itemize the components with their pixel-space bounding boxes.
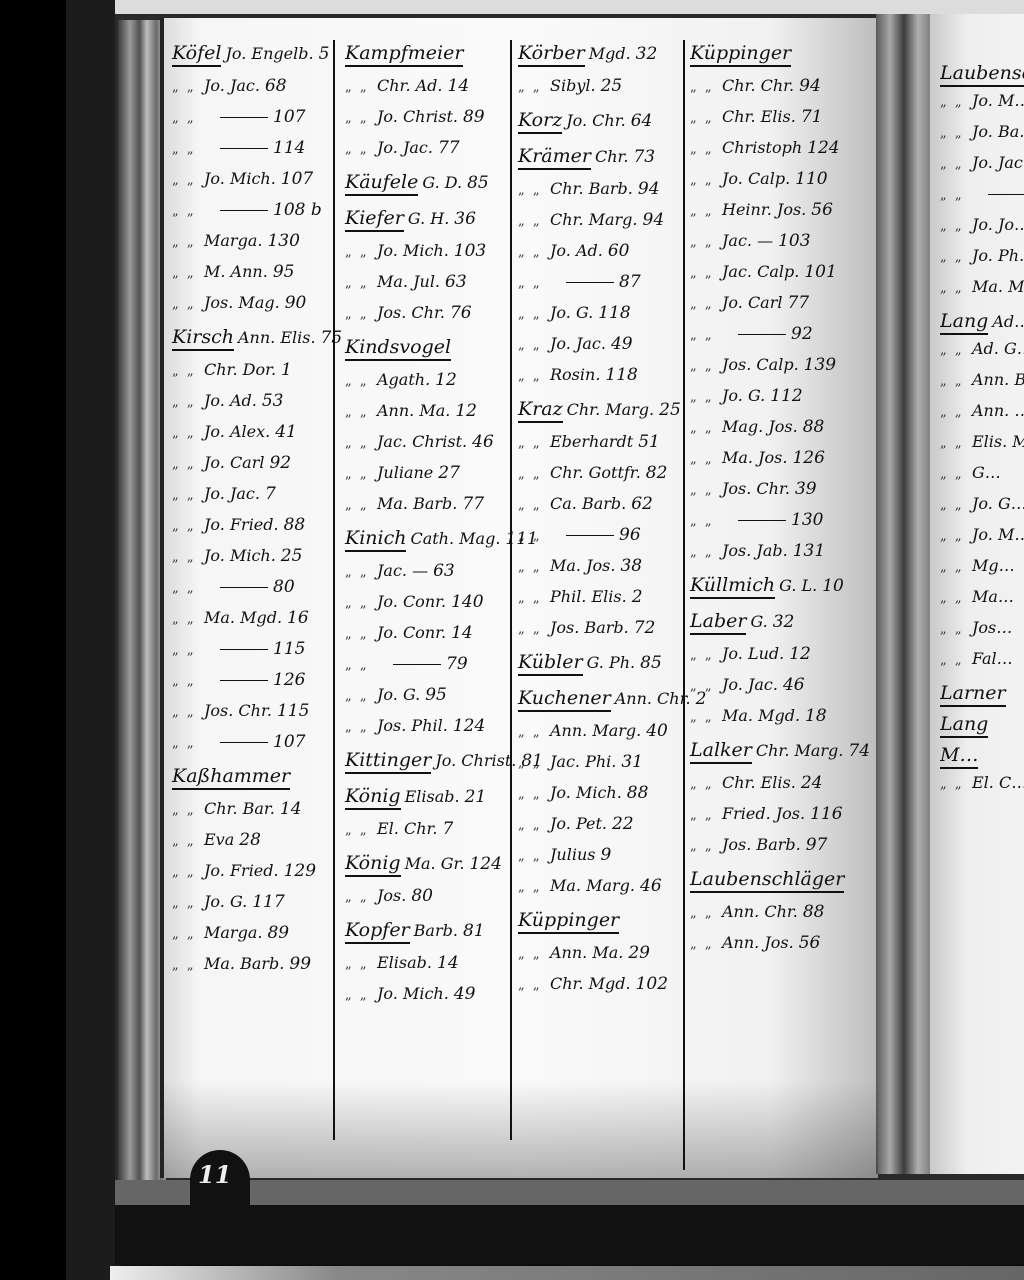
given-name: Ma. M… bbox=[972, 277, 1024, 296]
register-entry: „ „Jo. Ph… bbox=[940, 246, 1024, 277]
repeat-dash bbox=[988, 194, 1024, 195]
given-name: Jos. Barb. bbox=[550, 618, 629, 637]
ditto-mark: „ „ bbox=[940, 95, 968, 110]
page-reference: 130 bbox=[267, 231, 299, 251]
page-reference: 114 bbox=[273, 138, 305, 158]
ditto-mark: „ „ bbox=[172, 803, 200, 818]
surname-heading: Kittinger bbox=[345, 749, 431, 774]
register-entry: „ „Jo. Mich.88 bbox=[518, 783, 706, 814]
given-name: Eberhardt bbox=[550, 432, 633, 451]
register-entry: „ „M. Ann.95 bbox=[172, 262, 342, 293]
repeat-dash bbox=[220, 148, 268, 149]
page-reference: 27 bbox=[438, 463, 460, 483]
register-entry: „ „Jos. Chr.39 bbox=[690, 479, 870, 510]
given-name: Chr. Mgd. bbox=[550, 974, 631, 993]
surname-heading: Kampfmeier bbox=[345, 42, 463, 67]
given-name: Jos. bbox=[377, 886, 406, 905]
page-reference: 77 bbox=[787, 293, 809, 313]
given-name: Jo. Fried. bbox=[204, 515, 279, 534]
given-name: Chr. Marg. bbox=[550, 210, 638, 229]
given-name: Chr. Marg. bbox=[567, 400, 655, 419]
given-name: Jo. Ba… bbox=[972, 122, 1024, 141]
book-gutter bbox=[876, 14, 932, 1174]
page-reference: 88 bbox=[803, 902, 825, 922]
ditto-mark: „ „ bbox=[345, 80, 373, 95]
surname-entry: KinichCath. Mag.111 bbox=[345, 525, 543, 561]
register-entry: „ „Chr. Mgd.102 bbox=[518, 974, 706, 1005]
page-reference: 95 bbox=[425, 685, 447, 705]
ditto-mark: „ „ bbox=[690, 906, 718, 921]
page-reference: 107 bbox=[273, 732, 305, 752]
register-entry: „ „Jac. Christ.46 bbox=[345, 432, 543, 463]
given-name: Ma. Marg. bbox=[550, 876, 635, 895]
scan-shadow-band bbox=[66, 0, 120, 1280]
register-entry: „ „Fried. Jos.116 bbox=[690, 804, 870, 835]
register-entry: „ „130 bbox=[690, 510, 870, 541]
ditto-mark: „ „ bbox=[690, 142, 718, 157]
given-name: Jos. Barb. bbox=[722, 835, 801, 854]
ditto-mark: „ „ bbox=[345, 627, 373, 642]
ditto-mark: „ „ bbox=[518, 245, 546, 260]
ditto-mark: „ „ bbox=[690, 710, 718, 725]
ditto-mark: „ „ bbox=[940, 560, 968, 575]
page-reference: 60 bbox=[608, 241, 630, 261]
given-name: Marga. bbox=[204, 923, 262, 942]
ditto-mark: „ „ bbox=[172, 266, 200, 281]
register-entry: „ „Marga.89 bbox=[172, 923, 342, 954]
given-name: G… bbox=[972, 463, 1001, 482]
surname-entry: Kampfmeier bbox=[345, 40, 543, 76]
register-entry: „ „Jo. M… bbox=[940, 91, 1024, 122]
surname-entry: LaberG.32 bbox=[690, 608, 870, 644]
ditto-mark: „ „ bbox=[940, 777, 968, 792]
ditto-mark: „ „ bbox=[345, 957, 373, 972]
surname-entry: LangAd… bbox=[940, 308, 1024, 339]
register-entry: „ „Elis. M… bbox=[940, 432, 1024, 463]
given-name: Jo. Mich. bbox=[377, 241, 449, 260]
ditto-mark: „ „ bbox=[172, 581, 200, 596]
register-entry: „ „Ann. Marg.40 bbox=[518, 721, 706, 752]
page-reference: 103 bbox=[778, 231, 810, 251]
register-entry: „ „79 bbox=[345, 654, 543, 685]
given-name: G. Ph. bbox=[587, 653, 636, 672]
register-entry: „ „Ann. Jos.56 bbox=[690, 933, 870, 964]
register-entry: „ „Jos. Chr.76 bbox=[345, 303, 543, 334]
surname-entry: KopferBarb.81 bbox=[345, 917, 543, 953]
surname-entry: KrazChr. Marg.25 bbox=[518, 396, 706, 432]
ditto-mark: „ „ bbox=[345, 142, 373, 157]
register-entry: „ „Jos. Chr.115 bbox=[172, 701, 342, 732]
given-name: Jo. Pet. bbox=[550, 814, 607, 833]
ditto-mark: „ „ bbox=[172, 736, 200, 751]
repeat-dash bbox=[738, 334, 786, 335]
folio-number: 11 bbox=[198, 1160, 231, 1189]
given-name: Heinr. Jos. bbox=[722, 200, 806, 219]
given-name: Ma. Jos. bbox=[550, 556, 615, 575]
surname-heading: Kuchener bbox=[518, 687, 611, 712]
surname-entry: KüblerG. Ph.85 bbox=[518, 649, 706, 685]
register-entry: „ „Eva28 bbox=[172, 830, 342, 861]
given-name: Ad. G… bbox=[972, 339, 1024, 358]
ditto-mark: „ „ bbox=[345, 276, 373, 291]
ditto-mark: „ „ bbox=[172, 142, 200, 157]
page-reference: 85 bbox=[467, 173, 489, 193]
page-reference: 124 bbox=[453, 716, 485, 736]
page-reference: 36 bbox=[454, 209, 476, 229]
surname-entry: KönigMa. Gr.124 bbox=[345, 850, 543, 886]
ditto-mark: „ „ bbox=[345, 596, 373, 611]
ditto-mark: „ „ bbox=[940, 219, 968, 234]
scan-border-left bbox=[0, 0, 66, 1280]
page-reference: 87 bbox=[619, 272, 641, 292]
ditto-mark: „ „ bbox=[345, 436, 373, 451]
given-name: Phil. Elis. bbox=[550, 587, 627, 606]
register-entry: „ „Ma… bbox=[940, 587, 1024, 618]
ditto-mark: „ „ bbox=[345, 111, 373, 126]
register-entry: „ „Jos. Mag.90 bbox=[172, 293, 342, 324]
page-reference: 18 bbox=[805, 706, 827, 726]
surname-heading: Küppinger bbox=[518, 909, 619, 934]
ditto-mark: „ „ bbox=[518, 978, 546, 993]
ditto-mark: „ „ bbox=[518, 818, 546, 833]
ditto-mark: „ „ bbox=[940, 374, 968, 389]
page-reference: 110 bbox=[795, 169, 827, 189]
page-reference: 124 bbox=[469, 854, 501, 874]
page-reference: 89 bbox=[463, 107, 485, 127]
given-name: M. Ann. bbox=[204, 262, 268, 281]
given-name: Ann. Jos. bbox=[722, 933, 794, 952]
register-entry: „ „Ma. M… bbox=[940, 277, 1024, 308]
ditto-mark: „ „ bbox=[345, 689, 373, 704]
surname-entry: Kaßhammer bbox=[172, 763, 342, 799]
page-reference: 63 bbox=[433, 561, 455, 581]
given-name: Ca. Barb. bbox=[550, 494, 626, 513]
page-reference: 85 bbox=[640, 653, 662, 673]
register-entry: „ „Chr. Marg.94 bbox=[518, 210, 706, 241]
surname-heading: Lalker bbox=[690, 739, 752, 764]
surname-entry: M… bbox=[940, 742, 1024, 773]
surname-entry: KönigElisab.21 bbox=[345, 783, 543, 819]
given-name: Jo. Mich. bbox=[204, 546, 276, 565]
surname-entry: Laubenschläger bbox=[690, 866, 870, 902]
page-reference: 108 b bbox=[273, 200, 322, 220]
page-reference: 12 bbox=[789, 644, 811, 664]
page-reference: 115 bbox=[273, 639, 305, 659]
page-reference: 22 bbox=[612, 814, 634, 834]
page-reference: 2 bbox=[632, 587, 643, 607]
ditto-mark: „ „ bbox=[172, 643, 200, 658]
given-name: Jac. — bbox=[377, 561, 428, 580]
page-reference: 118 bbox=[598, 303, 630, 323]
page-reference: 72 bbox=[634, 618, 656, 638]
register-entry: „ „Ann. Ma.29 bbox=[518, 943, 706, 974]
given-name: Elis. M… bbox=[972, 432, 1024, 451]
ditto-mark: „ „ bbox=[518, 725, 546, 740]
page-reference: 92 bbox=[791, 324, 813, 344]
ditto-mark: „ „ bbox=[690, 777, 718, 792]
ditto-mark: „ „ bbox=[690, 483, 718, 498]
given-name: Jac. Calp. bbox=[722, 262, 799, 281]
page-reference: 16 bbox=[287, 608, 309, 628]
scan-edge-bottom bbox=[110, 1266, 1024, 1280]
page-reference: 115 bbox=[277, 701, 309, 721]
register-entry: „ „Ad. G… bbox=[940, 339, 1024, 370]
given-name: Jo. Mich. bbox=[550, 783, 622, 802]
surname-entry: Laubenschläger bbox=[940, 60, 1024, 91]
register-entry: „ „Jo. Conr.14 bbox=[345, 623, 543, 654]
given-name: Jo. Fried. bbox=[204, 861, 279, 880]
given-name: Chr. Gottfr. bbox=[550, 463, 641, 482]
ditto-mark: „ „ bbox=[518, 467, 546, 482]
page-reference: 31 bbox=[621, 752, 643, 772]
register-entry: „ „107 bbox=[172, 107, 342, 138]
register-column-2: Kampfmeier„ „Chr. Ad.14„ „Jo. Christ.89„… bbox=[345, 40, 543, 1015]
repeat-dash bbox=[220, 210, 268, 211]
given-name: Mgd. bbox=[589, 44, 631, 63]
repeat-dash bbox=[220, 680, 268, 681]
ditto-mark: „ „ bbox=[518, 560, 546, 575]
ditto-mark: „ „ bbox=[518, 80, 546, 95]
page-reference: 14 bbox=[437, 953, 459, 973]
surname-entry: Kindsvogel bbox=[345, 334, 543, 370]
page-reference: 62 bbox=[631, 494, 653, 514]
page-reference: 131 bbox=[793, 541, 825, 561]
page-reference: 107 bbox=[273, 107, 305, 127]
surname-entry: KuchenerAnn. Chr.2 bbox=[518, 685, 706, 721]
given-name: Jos. Mag. bbox=[204, 293, 280, 312]
given-name: Jo. Mich. bbox=[204, 169, 276, 188]
surname-entry: KittingerJo. Christ.81 bbox=[345, 747, 543, 783]
page-reference: 107 bbox=[281, 169, 313, 189]
register-entry: „ „Chr. Chr.94 bbox=[690, 76, 870, 107]
page-reference: 29 bbox=[628, 943, 650, 963]
given-name: Jac. — bbox=[722, 231, 773, 250]
repeat-dash bbox=[220, 649, 268, 650]
register-entry: „ „87 bbox=[518, 272, 706, 303]
ditto-mark: „ „ bbox=[172, 896, 200, 911]
surname-heading: Laubenschläger bbox=[690, 868, 844, 893]
register-entry: „ „Jo. Lud.12 bbox=[690, 644, 870, 675]
given-name: Chr. Ad. bbox=[377, 76, 443, 95]
register-entry: „ „80 bbox=[172, 577, 342, 608]
given-name: Jo. Ph… bbox=[972, 246, 1024, 265]
register-entry: „ „Jo. Ba… bbox=[940, 122, 1024, 153]
register-entry: „ „Jo. G.118 bbox=[518, 303, 706, 334]
page-reference: 88 bbox=[284, 515, 306, 535]
given-name: Eva bbox=[204, 830, 234, 849]
ditto-mark: „ „ bbox=[172, 927, 200, 942]
surname-heading: Küppinger bbox=[690, 42, 791, 67]
ditto-mark: „ „ bbox=[172, 612, 200, 627]
ditto-mark: „ „ bbox=[172, 111, 200, 126]
page-reference: 79 bbox=[446, 654, 468, 674]
page-reference: 25 bbox=[659, 400, 681, 420]
ditto-mark: „ „ bbox=[172, 80, 200, 95]
surname-entry: Küppinger bbox=[518, 907, 706, 943]
ditto-mark: „ „ bbox=[690, 297, 718, 312]
ditto-mark: „ „ bbox=[690, 514, 718, 529]
given-name: Jac. Phi. bbox=[550, 752, 616, 771]
register-entry: „ „Fal… bbox=[940, 649, 1024, 680]
page-reference: 124 bbox=[807, 138, 839, 158]
surname-heading: Kübler bbox=[518, 651, 583, 676]
register-entry: „ „El. C… bbox=[940, 773, 1024, 804]
ditto-mark: „ „ bbox=[518, 880, 546, 895]
page-reference: 51 bbox=[638, 432, 660, 452]
register-column-1: KöfelJo. Engelb.5„ „Jo. Jac.68„ „107„ „1… bbox=[172, 40, 342, 985]
register-entry: „ „Marga.130 bbox=[172, 231, 342, 262]
page-reference: 7 bbox=[443, 819, 454, 839]
page-reference: 71 bbox=[801, 107, 823, 127]
given-name: Jo. Christ. bbox=[435, 751, 516, 770]
register-entry: „ „Chr. Gottfr.82 bbox=[518, 463, 706, 494]
page-reference: 64 bbox=[631, 111, 653, 131]
given-name: Jo. Jac. bbox=[377, 138, 433, 157]
ditto-mark: „ „ bbox=[690, 111, 718, 126]
register-entry: „ „107 bbox=[172, 732, 342, 763]
ditto-mark: „ „ bbox=[940, 281, 968, 296]
given-name: Elisab. bbox=[405, 787, 460, 806]
page-reference: 14 bbox=[451, 623, 473, 643]
ditto-mark: „ „ bbox=[940, 405, 968, 420]
given-name: Fal… bbox=[972, 649, 1013, 668]
page-reference: 97 bbox=[806, 835, 828, 855]
register-entry: „ „Ma. Mgd.16 bbox=[172, 608, 342, 639]
register-entry: „ „Chr. Elis.24 bbox=[690, 773, 870, 804]
page-reference: 112 bbox=[770, 386, 802, 406]
given-name: Jo. Lud. bbox=[722, 644, 784, 663]
given-name: Jo. Jo… bbox=[972, 215, 1024, 234]
page-reference: 7 bbox=[265, 484, 276, 504]
given-name: Chr. Barb. bbox=[550, 179, 633, 198]
register-entry: „ „Ma. Barb.77 bbox=[345, 494, 543, 525]
repeat-dash bbox=[220, 587, 268, 588]
register-entry: „ „Ma. Jos.126 bbox=[690, 448, 870, 479]
page-reference: 39 bbox=[795, 479, 817, 499]
given-name: Jo. Ad. bbox=[204, 391, 257, 410]
surname-heading: Körber bbox=[518, 42, 585, 67]
ditto-mark: „ „ bbox=[690, 421, 718, 436]
page-reference: 96 bbox=[619, 525, 641, 545]
register-entry: „ „ bbox=[940, 184, 1024, 215]
ditto-mark: „ „ bbox=[518, 756, 546, 771]
ditto-mark: „ „ bbox=[345, 405, 373, 420]
given-name: El. Chr. bbox=[377, 819, 438, 838]
page-reference: 88 bbox=[803, 417, 825, 437]
page-reference: 32 bbox=[773, 612, 795, 632]
surname-heading: Käufele bbox=[345, 171, 418, 196]
ditto-mark: „ „ bbox=[518, 276, 546, 291]
ditto-mark: „ „ bbox=[172, 865, 200, 880]
register-entry: „ „Jac. —103 bbox=[690, 231, 870, 262]
given-name: G. D. bbox=[422, 173, 462, 192]
ditto-mark: „ „ bbox=[518, 369, 546, 384]
page-reference: 28 bbox=[239, 830, 261, 850]
ditto-mark: „ „ bbox=[940, 653, 968, 668]
surname-heading: König bbox=[345, 852, 401, 877]
ditto-mark: „ „ bbox=[518, 947, 546, 962]
register-entry: „ „Jo. Alex.41 bbox=[172, 422, 342, 453]
ditto-mark: „ „ bbox=[940, 529, 968, 544]
ditto-mark: „ „ bbox=[172, 235, 200, 250]
surname-entry: LalkerChr. Marg.74 bbox=[690, 737, 870, 773]
given-name: Jo. G. bbox=[377, 685, 420, 704]
page-reference: 126 bbox=[273, 670, 305, 690]
page-reference: 38 bbox=[620, 556, 642, 576]
ditto-mark: „ „ bbox=[172, 488, 200, 503]
page-reference: 130 bbox=[791, 510, 823, 530]
page-reference: 56 bbox=[799, 933, 821, 953]
page-reference: 5 bbox=[319, 44, 330, 64]
register-entry: „ „Jos. Phil.124 bbox=[345, 716, 543, 747]
given-name: Jo. Alex. bbox=[204, 422, 270, 441]
given-name: Jos. Chr. bbox=[722, 479, 790, 498]
given-name: Jo. G. bbox=[550, 303, 593, 322]
surname-heading: Köfel bbox=[172, 42, 221, 67]
page-reference: 25 bbox=[281, 546, 303, 566]
register-column-3: KörberMgd.32„ „Sibyl.25KorzJo. Chr.64Krä… bbox=[518, 40, 706, 1005]
surname-entry: Küppinger bbox=[690, 40, 870, 76]
repeat-dash bbox=[220, 742, 268, 743]
ditto-mark: „ „ bbox=[940, 157, 968, 172]
page-reference: 10 bbox=[822, 576, 844, 596]
ditto-mark: „ „ bbox=[345, 245, 373, 260]
register-entry: „ „Jos. Barb.72 bbox=[518, 618, 706, 649]
given-name: Jac. Christ. bbox=[377, 432, 467, 451]
ditto-mark: „ „ bbox=[345, 720, 373, 735]
given-name: Ann. B… bbox=[972, 370, 1024, 389]
given-name: Barb. bbox=[414, 921, 458, 940]
given-name: Ann. Ma. bbox=[550, 943, 623, 962]
page-reference: 80 bbox=[411, 886, 433, 906]
register-entry: „ „Jo. Jac.77 bbox=[345, 138, 543, 169]
register-entry: „ „Jo. M… bbox=[940, 525, 1024, 556]
ditto-mark: „ „ bbox=[690, 808, 718, 823]
page-reference: 92 bbox=[269, 453, 291, 473]
ditto-mark: „ „ bbox=[690, 173, 718, 188]
page-reference: 1 bbox=[281, 360, 292, 380]
ditto-mark: „ „ bbox=[518, 183, 546, 198]
given-name: Jo. Mich. bbox=[377, 984, 449, 1003]
ditto-mark: „ „ bbox=[940, 188, 968, 203]
given-name: Jos… bbox=[972, 618, 1012, 637]
page-reference: 82 bbox=[646, 463, 668, 483]
ditto-mark: „ „ bbox=[345, 565, 373, 580]
page-reference: 46 bbox=[783, 675, 805, 695]
ditto-mark: „ „ bbox=[518, 529, 546, 544]
register-entry: „ „92 bbox=[690, 324, 870, 355]
surname-entry: KorzJo. Chr.64 bbox=[518, 107, 706, 143]
page-reference: 41 bbox=[275, 422, 297, 442]
ditto-mark: „ „ bbox=[690, 328, 718, 343]
page-reference: 49 bbox=[611, 334, 633, 354]
surname-heading: Kindsvogel bbox=[345, 336, 451, 361]
page-reference: 32 bbox=[636, 44, 658, 64]
surname-heading: Korz bbox=[518, 109, 562, 134]
surname-entry: KüllmichG. L.10 bbox=[690, 572, 870, 608]
given-name: Ma. Gr. bbox=[405, 854, 465, 873]
given-name: Ma. Barb. bbox=[204, 954, 284, 973]
page-reference: 102 bbox=[636, 974, 668, 994]
given-name: Jo. Calp. bbox=[722, 169, 790, 188]
given-name: Ad… bbox=[992, 312, 1024, 331]
page-reference: 53 bbox=[262, 391, 284, 411]
register-entry: „ „Heinr. Jos.56 bbox=[690, 200, 870, 231]
page-reference: 76 bbox=[450, 303, 472, 323]
register-entry: „ „Sibyl.25 bbox=[518, 76, 706, 107]
page-reference: 88 bbox=[627, 783, 649, 803]
ditto-mark: „ „ bbox=[690, 204, 718, 219]
